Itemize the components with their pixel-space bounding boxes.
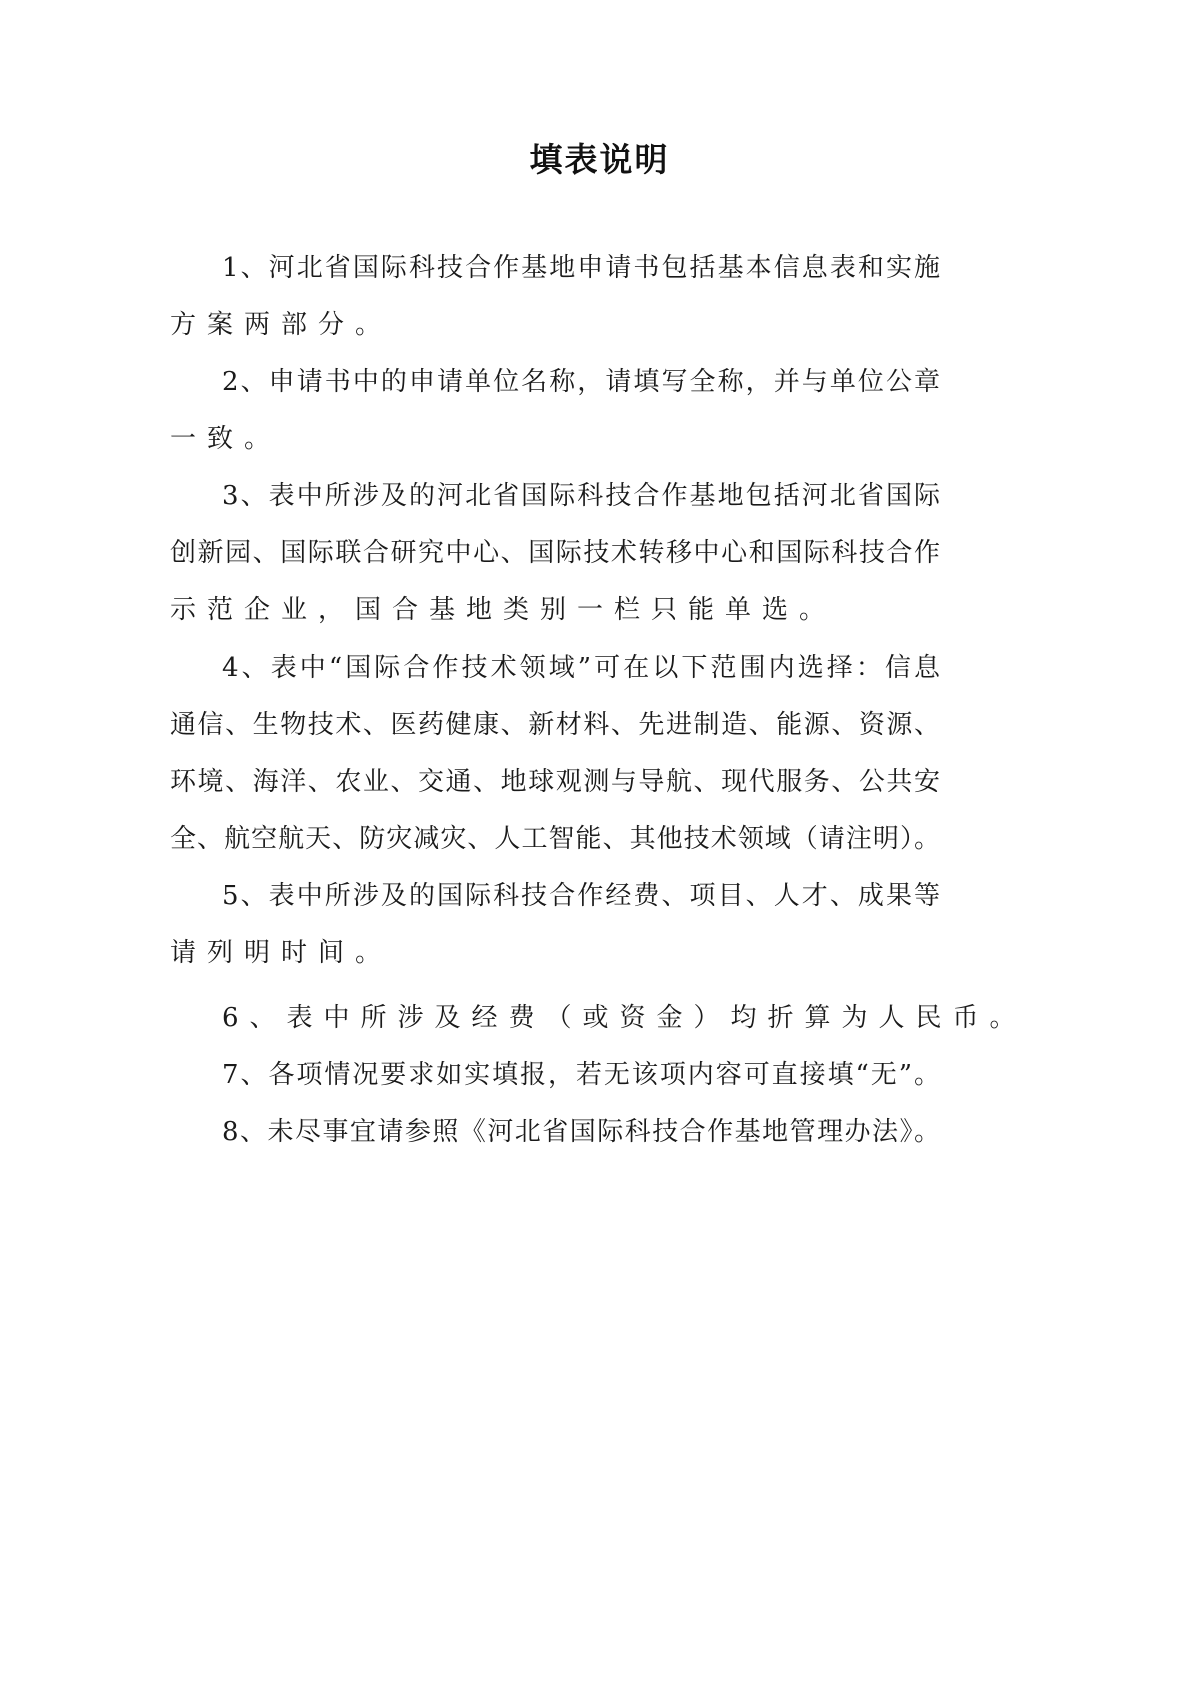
instruction-line: 5、表中所涉及的国际科技合作经费、项目、人才、成果等 — [222, 876, 940, 916]
instruction-line: 全、航空航天、防灾减灾、人工智能、其他技术领域（请注明）。 — [170, 819, 940, 859]
page-title: 填表说明 — [0, 134, 1199, 181]
instruction-line: 示范企业，国合基地类别一栏只能单选。 — [170, 590, 940, 630]
instruction-line: 8、未尽事宜请参照《河北省国际科技合作基地管理办法》。 — [222, 1112, 940, 1152]
instruction-line: 2、申请书中的申请单位名称，请填写全称，并与单位公章 — [222, 362, 940, 402]
instruction-line: 方案两部分。 — [170, 305, 940, 345]
instruction-line: 6、表中所涉及经费（或资金）均折算为人民币。 — [222, 998, 940, 1038]
instruction-line: 1、河北省国际科技合作基地申请书包括基本信息表和实施 — [222, 248, 940, 288]
instruction-line: 创新园、国际联合研究中心、国际技术转移中心和国际科技合作 — [170, 533, 940, 573]
instruction-line: 通信、生物技术、医药健康、新材料、先进制造、能源、资源、 — [170, 705, 940, 745]
instruction-line: 7、各项情况要求如实填报，若无该项内容可直接填“无”。 — [222, 1055, 940, 1095]
instruction-line: 一致。 — [170, 419, 940, 459]
document-page: 填表说明 1、河北省国际科技合作基地申请书包括基本信息表和实施方案两部分。2、申… — [0, 0, 1199, 1696]
instruction-line: 环境、海洋、农业、交通、地球观测与导航、现代服务、公共安 — [170, 762, 940, 802]
instruction-line: 3、表中所涉及的河北省国际科技合作基地包括河北省国际 — [222, 476, 940, 516]
instruction-line: 请列明时间。 — [170, 933, 940, 973]
instruction-line: 4、表中“国际合作技术领域”可在以下范围内选择：信息 — [222, 648, 940, 688]
